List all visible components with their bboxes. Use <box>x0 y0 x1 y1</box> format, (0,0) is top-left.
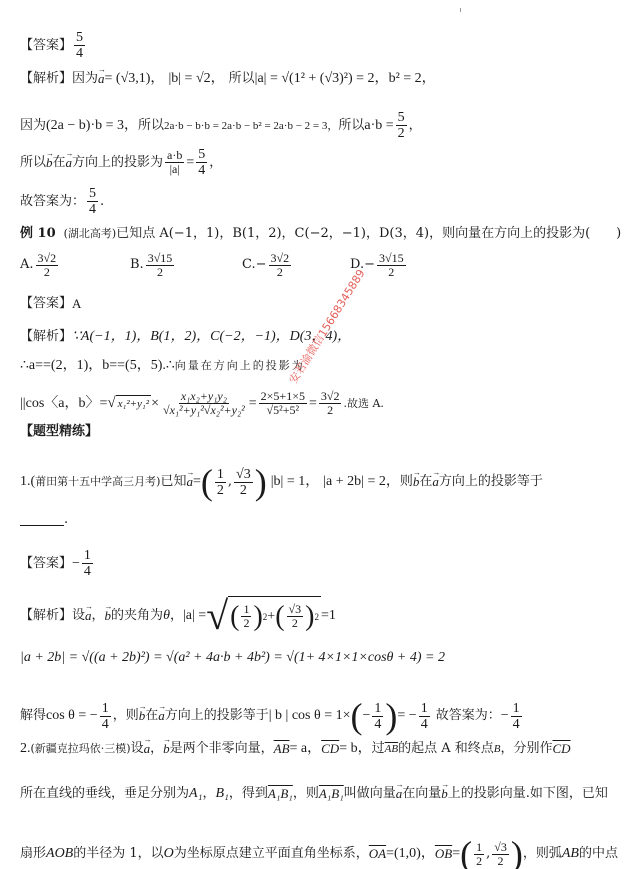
vector-a: a <box>98 71 105 87</box>
answer-blank[interactable] <box>20 515 64 526</box>
analysis-label: 【解析】 <box>20 71 72 87</box>
analysis-row-1: 【解析】 因为 a = (√3,1)， |b| = √2， 所以 |a| = √… <box>20 71 436 87</box>
watermark: 安若渝微信15668345889 <box>285 266 369 386</box>
example-10-answer: 【答案】 A <box>20 296 81 312</box>
practice-2-line-1: 2. (新疆克拉玛依·三模) 设 a ， b 是两个非零向量， AB = a， … <box>20 741 571 757</box>
example-10-analysis-3: ||cos〈a，b〉= √x₁²+y₁² × x₁x₂+y₁y₂ √x₁²+y₁… <box>20 390 384 417</box>
vector-a: a <box>66 155 73 171</box>
practice-2-line-2: 所在直线的垂线，垂足分别为 A₁ ， B₁ ，得到 A₁B₁ ，则 A₁B₁ 叫… <box>20 786 608 802</box>
option-a: A. 3√2 2 <box>20 252 60 279</box>
analysis-row-2: 因为 (2a − b)·b = 3， 所以 2a·b − b·b = 2a·b … <box>20 110 422 141</box>
practice-1-analysis-2: |a + 2b| = √((a + 2b)²) = √(a² + 4a·b + … <box>20 650 445 666</box>
vector-b: b <box>46 155 53 171</box>
practice-1-answer: 【答案】 − 1 4 <box>20 548 95 579</box>
scan-mark <box>460 8 461 12</box>
practice-1-question: 1.( 莆田第十五中学高三月考) 已知 a = ( 1 2 , √3 2 ) |… <box>20 464 543 500</box>
example-10-analysis-1: 【解析】 ∵A(−1，1)，B(1，2)，C(−2，−1)，D(3，4)， <box>20 329 351 345</box>
section-heading-practice: 【题型精练】 <box>20 424 98 440</box>
answer-label: 【答案】 <box>20 38 72 54</box>
analysis-row-3: 所以 b 在 a 方向上的投影为 a·b |a| = 5 4 ， <box>20 147 222 178</box>
example-10-question: 例 10 (湖北高考) 已知点 A(−1，1)，B(1，2)，C(−2，−1)，… <box>20 226 621 242</box>
vector-a: a <box>186 474 193 490</box>
practice-1-analysis-1: 【解析】 设 a ， b 的夹角为 θ ， |a| = √ ( 12 )2 + … <box>20 596 336 636</box>
option-b: B. 3√15 2 <box>130 252 176 279</box>
answer-row-1: 【答案】 5 4 <box>20 30 87 61</box>
answer-fraction: 5 4 <box>74 30 85 61</box>
final-answer-row: 故答案为： 5 4 . <box>20 186 104 217</box>
practice-1-blank: . <box>20 512 68 528</box>
example-label: 例 10 <box>20 226 56 242</box>
option-c: C. − 3√2 2 <box>242 252 293 279</box>
example-10-options: A. 3√2 2 B. 3√15 2 C. − 3√2 2 D. − 3√15 … <box>20 248 620 282</box>
example-10-analysis-2: ∴a==(2，1)，b==(5，5).∴ 向量在方向上的投影为 <box>20 358 305 374</box>
practice-2-line-3: 扇形 AOB 的半径为 1，以 O 为坐标原点建立平面直角坐标系， OA =(1… <box>20 836 618 869</box>
practice-1-analysis-3: 解得 cos θ = − 1 4 ，则 b 在 a 方向上的投影等于 | b |… <box>20 698 524 734</box>
